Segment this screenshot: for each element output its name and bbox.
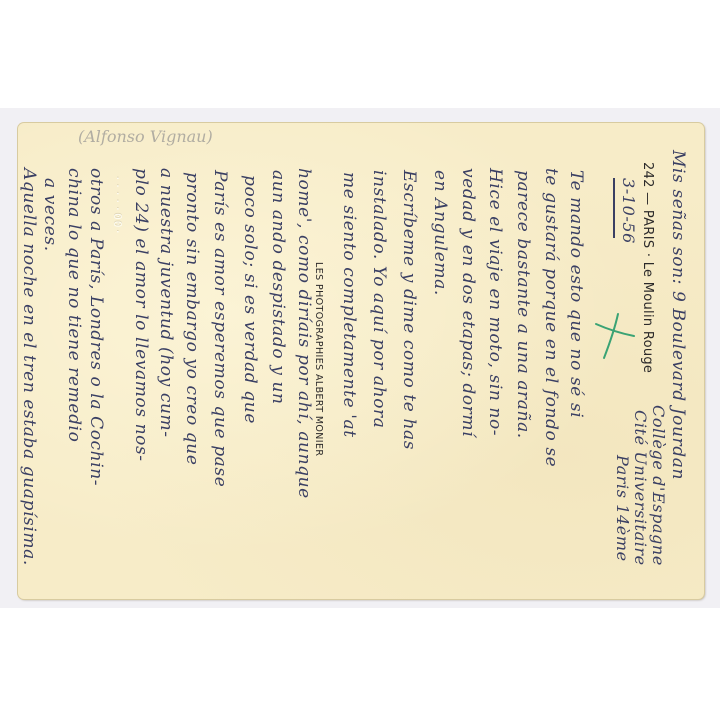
letter-line-4: Hice el viaje en moto, sin no-: [485, 168, 505, 436]
embossed-stamp: ·····00·: [108, 175, 124, 295]
green-cross-mark: [590, 312, 640, 362]
letter-line-8: instalado. Yo aquí por ahora: [369, 170, 389, 429]
letter-line-19: a veces.: [40, 178, 60, 252]
printed-caption: 242 — PARIS · Le Moulin Rouge: [640, 162, 655, 373]
scan-stage: (Alfonso Vignau) Mis señas son: 9 Boulev…: [0, 0, 720, 720]
letter-line-7: Escríbeme y dime como te has: [399, 170, 419, 450]
letter-line-9: me siento completamente 'at: [339, 172, 359, 438]
letter-line-20: Aquella noche en el tren estaba guapísim…: [19, 168, 39, 566]
address-heading: Mis señas son: 9 Boulevard Jourdan: [668, 150, 688, 480]
letter-line-16: plo 24) el amor lo llevamos nos-: [131, 168, 151, 462]
letter-line-15: a nuestra juventud (hoy cum-: [156, 168, 176, 438]
letter-line-17: otros a París, Londres o la Cochin-: [86, 168, 106, 486]
letter-line-10: home', como diríais por ahí, aunque: [294, 168, 314, 499]
letter-line-12: poco solo; si es verdad que: [240, 175, 260, 424]
date-underline: [613, 178, 615, 238]
address-line-3: Cité Universitaire: [630, 410, 650, 566]
letter-line-18: china lo que no tiene remedio: [64, 168, 84, 442]
letter-line-2: te gustará porque en el fondo se: [541, 168, 561, 467]
address-line-4: Paris 14ème: [612, 455, 632, 562]
letter-line-3: parece bastante a una araña.: [513, 170, 533, 439]
pencil-annotation: (Alfonso Vignau): [78, 127, 213, 146]
letter-line-13: París es amor esperemos que pase: [210, 170, 230, 487]
letter-line-11: aun ando despistado y un: [268, 170, 288, 405]
letter-line-14: pronto sin embargo yo creo que: [182, 172, 202, 466]
letter-line-1: Te mando esto que no sé si: [566, 170, 586, 418]
letter-line-6: en Angulema.: [430, 170, 450, 296]
letter-line-5: vedad y en dos etapas; dormí: [458, 168, 478, 437]
date: 3-10-56: [618, 178, 638, 244]
printed-publisher: LES PHOTOGRAPHIES ALBERT MONIER: [313, 262, 324, 456]
address-line-2: Collège d'Espagne: [648, 405, 668, 566]
